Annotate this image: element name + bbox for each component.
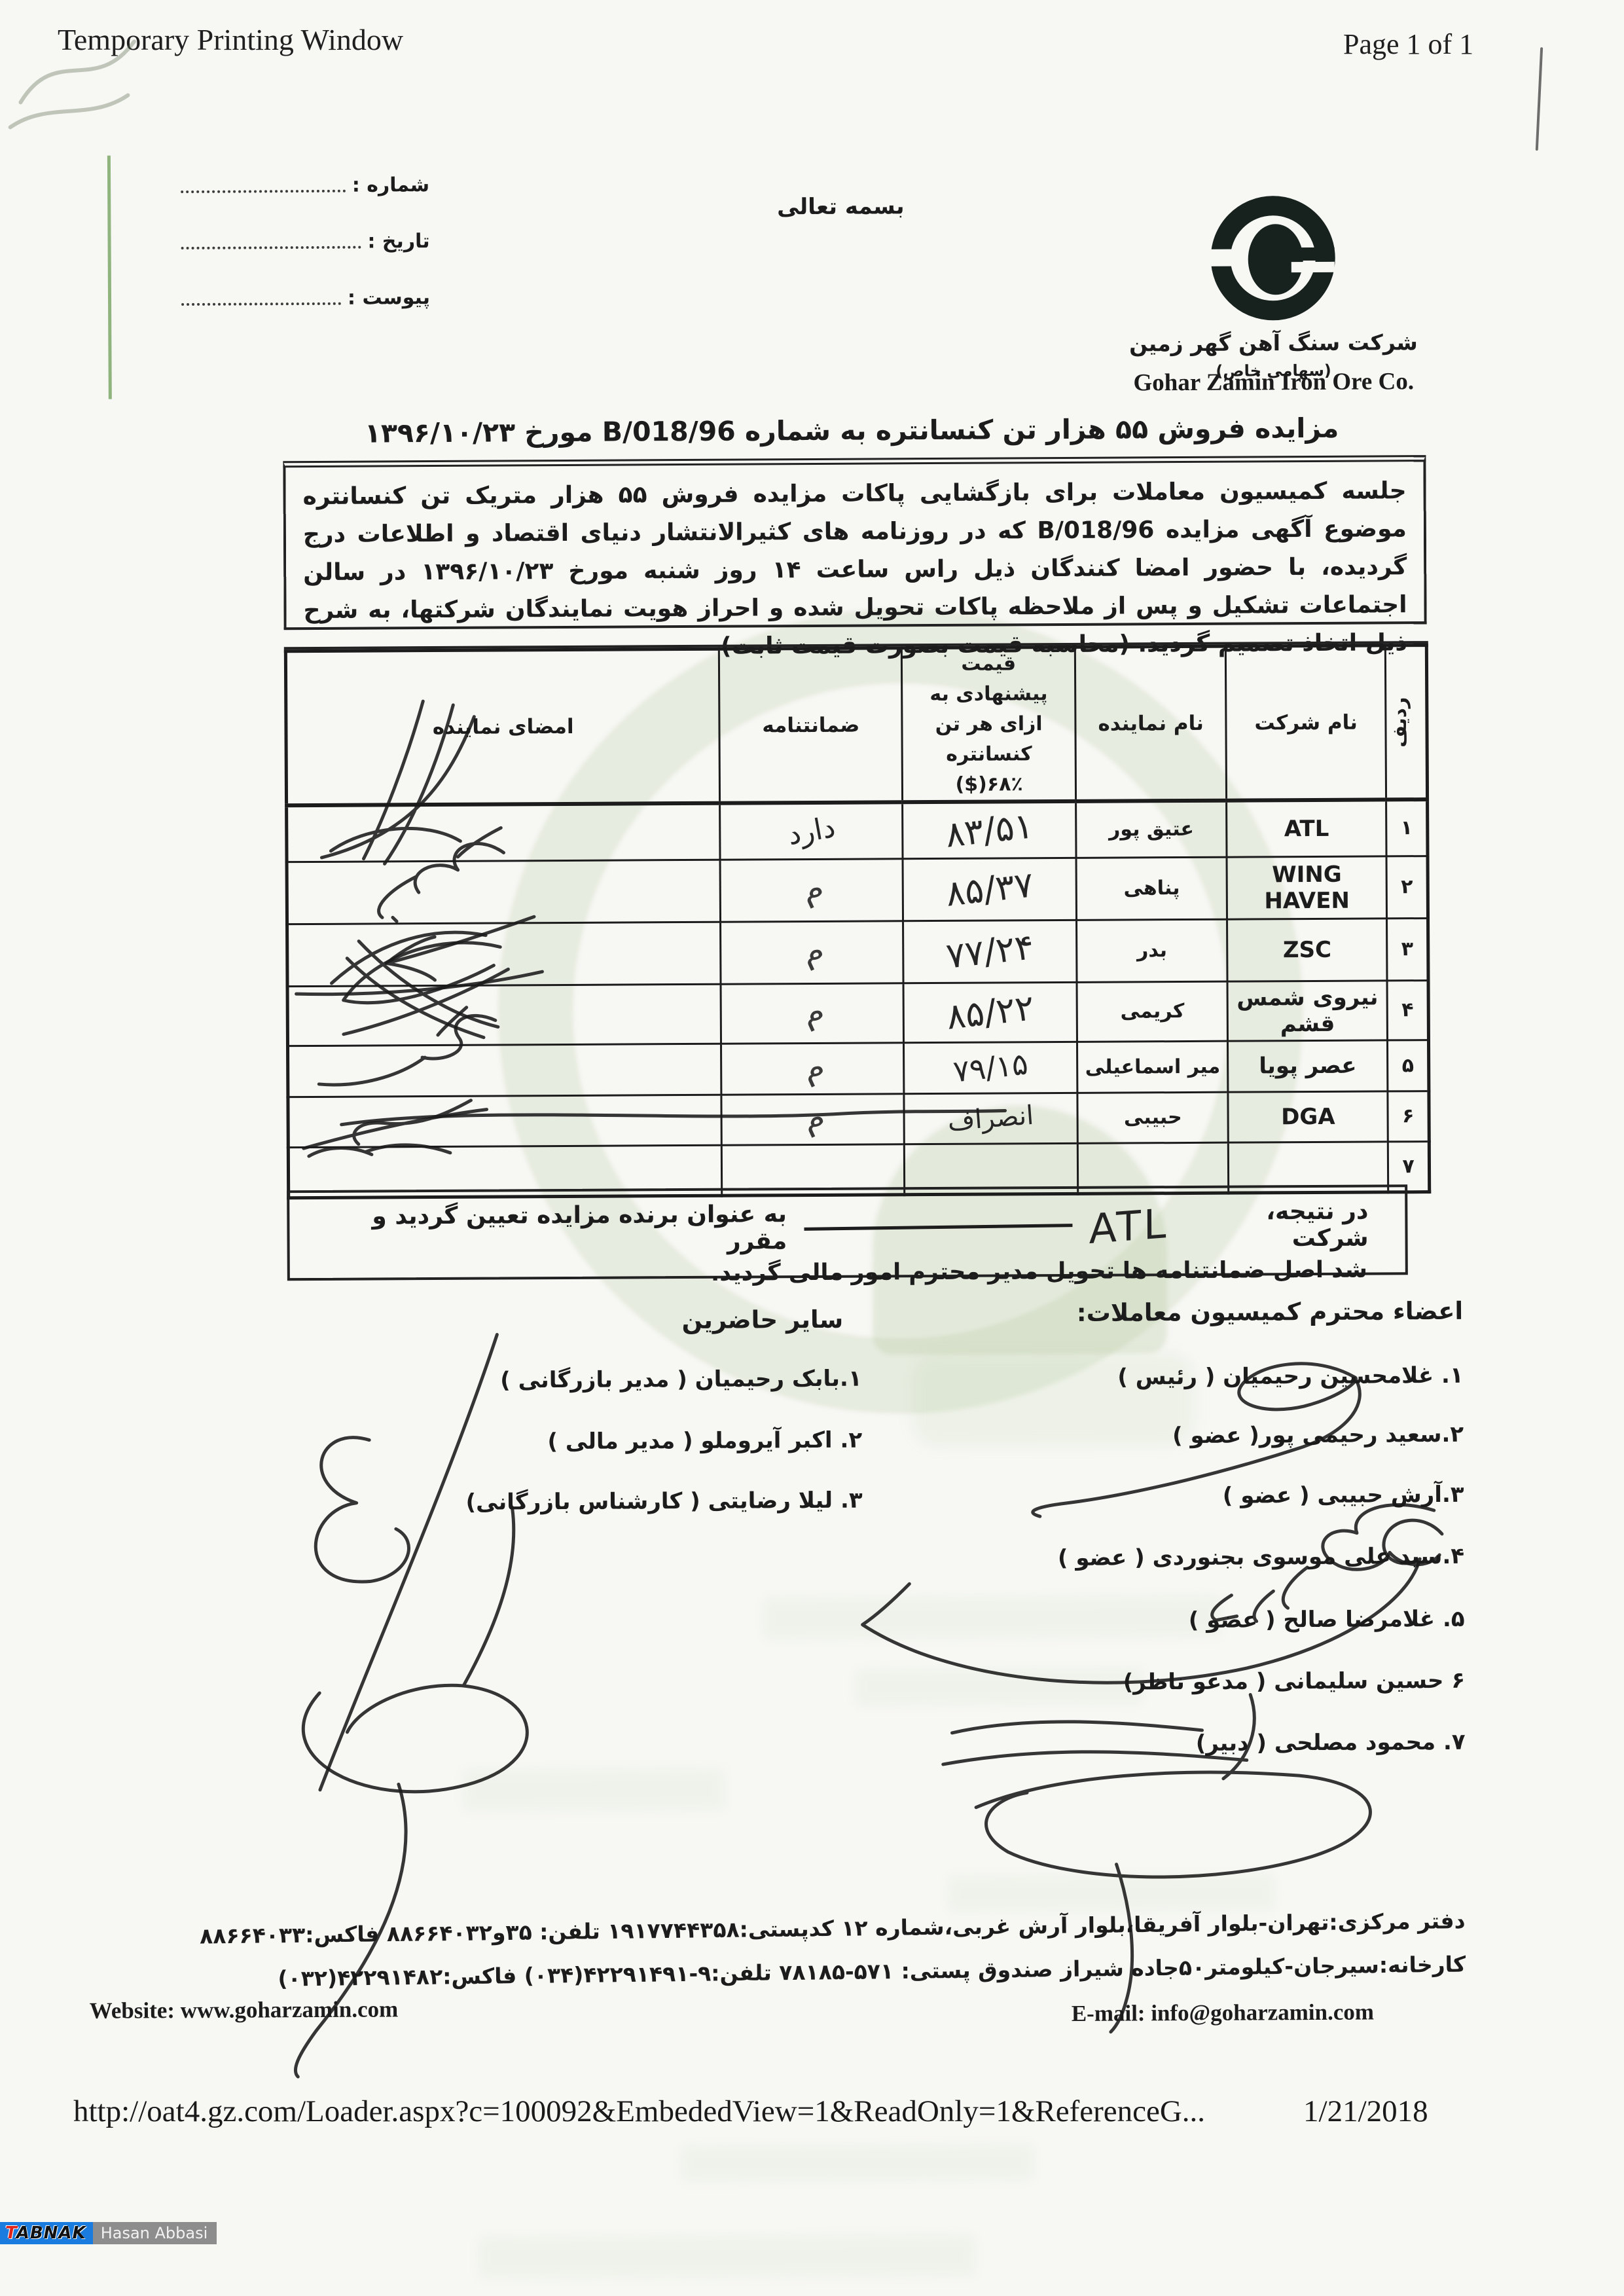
email-label: E-mail: <box>1072 2000 1146 2026</box>
email-line: E-mail: info@goharzamin.com <box>1072 1999 1374 2027</box>
scan-dark-line-artifact <box>1536 47 1543 151</box>
document-title: مزایده فروش ۵۵ هزار تن کنسانتره به شماره… <box>272 412 1431 449</box>
attendee: ۳. لیلا رضایتی ( کارشناس بازرگانی) <box>465 1487 862 1516</box>
header-company: نام شرکت <box>1226 646 1386 801</box>
row-no: ۴ <box>1387 980 1428 1040</box>
representative-cell: کریمی <box>1077 981 1228 1042</box>
signature-cell <box>287 922 721 986</box>
price-cell: ۸۵/۳۷ <box>903 858 1076 920</box>
ink-bleed <box>763 1595 1221 1640</box>
price-cell: ۸۳/۵۱ <box>903 801 1076 858</box>
signature-cell <box>288 1044 722 1097</box>
print-preview-page: Temporary Printing Window Page 1 of 1 شم… <box>0 0 1624 2296</box>
number-label: شماره : <box>352 173 429 197</box>
table-row: ۴ نیروی شمس قشم کریمی ۸۵/۲۲ م <box>287 980 1428 1046</box>
table-row: ۱ ATL عتیق پور ۸۳/۵۱ دارد <box>287 799 1428 862</box>
committee-member: ۴.سید علی موسوی بجنوردی ( عضو ) <box>1058 1543 1464 1571</box>
guarantee-cell: م <box>720 858 903 921</box>
intro-paragraph-box: جلسه کمیسیون معاملات برای بازگشایی پاکات… <box>283 455 1426 630</box>
committee-member: ۳.آرش حبیبی ( عضو ) <box>1223 1482 1464 1509</box>
attachment-label: پیوست : <box>348 286 430 310</box>
header-signature: امضای نماینده <box>285 649 720 805</box>
signature <box>302 1508 528 1792</box>
print-date: 1/21/2018 <box>1303 2094 1428 2129</box>
result-prefix: در نتیجه، شرکت <box>1186 1198 1369 1252</box>
price-cell: انصراف <box>904 1093 1077 1144</box>
reference-number-row: شماره : <box>181 173 429 198</box>
bid-table: ردیف نام شرکت نام نماینده قیمت پیشنهادی … <box>284 641 1431 1199</box>
date-label: تاریخ : <box>367 230 429 253</box>
attendee: ۲. اکبر آیروملو ( مدیر مالی ) <box>547 1427 862 1455</box>
price-cell: ۷۷/۲۴ <box>903 920 1077 983</box>
table-header-row: ردیف نام شرکت نام نماینده قیمت پیشنهادی … <box>285 646 1427 806</box>
tabnak-logo: TABNAK <box>0 2222 93 2244</box>
representative-cell: میر اسماعیلی <box>1077 1041 1228 1093</box>
signature <box>315 1335 499 1790</box>
committee-member: ۵. غلامرضا صالح ( عضو ) <box>1189 1606 1465 1633</box>
representative-cell: بدر <box>1077 919 1228 982</box>
guarantee-cell: م <box>721 1042 904 1094</box>
dotted-line <box>181 302 341 306</box>
document-url: http://oat4.gz.com/Loader.aspx?c=100092&… <box>73 2094 1205 2129</box>
ink-bleed <box>948 1874 1275 1912</box>
bismillah-text: بسمه تعالی <box>755 193 926 220</box>
ink-bleed <box>463 1768 725 1812</box>
representative-cell: حبیبی <box>1077 1092 1228 1143</box>
row-no: ۲ <box>1386 856 1428 918</box>
attendees-heading: سایر حاضرین <box>682 1305 844 1334</box>
signature-cell <box>288 1095 722 1147</box>
company-name-en: Gohar Zamin Iron Ore Co. <box>1104 367 1444 397</box>
dotted-line <box>181 190 346 193</box>
company-cell: عصر پویا <box>1228 1040 1388 1091</box>
representative-cell: عتیق پور <box>1076 801 1227 858</box>
guarantee-cell: م <box>721 983 903 1043</box>
company-cell: نیروی شمس قشم <box>1227 980 1387 1040</box>
table-row: ۳ ZSC بدر ۷۷/۲۴ م <box>287 918 1428 986</box>
price-cell: ۸۵/۲۲ <box>903 982 1077 1042</box>
header-guarantee: ضمانتنامه <box>719 648 903 803</box>
table-row: ۵ عصر پویا میر اسماعیلی ۷۹/۱۵ م <box>288 1040 1429 1097</box>
committee-member: ۱. غلامحسین رحیمیان ( رئیس ) <box>1117 1362 1464 1391</box>
auction-result-box: در نتیجه، شرکت ATL به عنوان برنده مزایده… <box>287 1184 1408 1281</box>
winner-handwritten: ATL <box>1089 1199 1169 1252</box>
header-representative: نام نماینده <box>1075 646 1227 801</box>
handwritten-dash-line <box>804 1224 1072 1231</box>
attendee: ۱.بابک رحیمیان ( مدیر بازرگانی ) <box>500 1366 862 1394</box>
signature-cell <box>287 984 721 1046</box>
result-suffix: به عنوان برنده مزایده تعیین گردید و مقرر <box>316 1201 787 1257</box>
row-no: ۱ <box>1386 799 1428 856</box>
price-cell: ۷۹/۱۵ <box>904 1042 1077 1093</box>
website-url: www.goharzamin.com <box>181 1996 399 2023</box>
company-cell: ZSC <box>1227 918 1388 981</box>
row-no: ۳ <box>1387 918 1428 980</box>
scan-green-line-artifact <box>107 156 112 399</box>
date-row: تاریخ : <box>181 230 429 254</box>
signature-cell <box>287 803 721 862</box>
corner-pencil-scribble <box>10 41 135 127</box>
factory-address-line: کارخانه:سیرجان-کیلومتر۵۰جاده شیراز صندوق… <box>278 1951 1466 1991</box>
committee-member: ۷. محمود مصلحی ( دبیر) <box>1196 1729 1466 1757</box>
company-cell: ATL <box>1227 799 1386 856</box>
committee-heading: اعضاء محترم کمیسیون معاملات: <box>1077 1297 1464 1327</box>
website-line: Website: www.goharzamin.com <box>90 1996 399 2024</box>
ink-bleed <box>478 2234 976 2279</box>
result-line-1: در نتیجه، شرکت ATL به عنوان برنده مزایده… <box>289 1197 1405 1257</box>
attachment-row: پیوست : <box>181 286 430 310</box>
header-price: قیمت پیشنهادی به ازای هر تن کنسانتره ($)… <box>902 647 1076 802</box>
scanned-document: شماره : تاریخ : پیوست : بسمه تعالی شرکت … <box>0 0 1624 2296</box>
guarantee-cell: م <box>721 920 903 983</box>
ink-bleed <box>681 2143 1034 2182</box>
office-address-line: دفتر مرکزی:تهران-بلوار آفریقا،بلوار آرش … <box>200 1908 1466 1949</box>
committee-member: ۶ حسین سلیمانی ( مدعو ناظر) <box>1123 1667 1466 1696</box>
committee-member: ۲.سعید رحیمی پور( عضو ) <box>1172 1421 1464 1449</box>
dotted-line <box>181 246 361 249</box>
row-no: ۶ <box>1388 1091 1429 1141</box>
email-address: info@goharzamin.com <box>1151 1999 1374 2026</box>
company-cell: WING HAVEN <box>1227 856 1387 919</box>
result-line-2: شد اصل ضمانتنامه ها تحویل مدیر محترم امو… <box>290 1256 1405 1288</box>
ink-bleed <box>855 1667 1143 1705</box>
table-row: ۶ DGA حبیبی انصراف م <box>288 1091 1429 1147</box>
company-cell: DGA <box>1228 1091 1388 1142</box>
representative-cell: پناهی <box>1076 857 1227 920</box>
header-row-no: ردیف <box>1386 646 1428 800</box>
guarantee-cell: دارد <box>720 802 903 859</box>
website-label: Website: <box>90 1997 175 2024</box>
company-logo-icon <box>1202 192 1346 324</box>
credit-badge: TABNAK Hasan Abbasi <box>0 2222 217 2244</box>
photographer-credit: Hasan Abbasi <box>93 2222 217 2244</box>
print-footer: http://oat4.gz.com/Loader.aspx?c=100092&… <box>73 2094 1428 2129</box>
signature-cell <box>287 860 721 924</box>
table-row: ۲ WING HAVEN پناهی ۸۵/۳۷ م <box>287 856 1428 924</box>
guarantee-cell: م <box>721 1093 904 1144</box>
row-no: ۵ <box>1388 1040 1429 1091</box>
